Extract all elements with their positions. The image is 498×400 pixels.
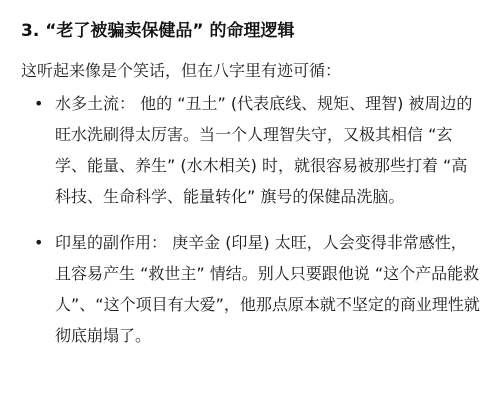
section-heading: 3. “老了被骗卖保健品” 的命理逻辑 bbox=[21, 18, 481, 44]
bullet-list: • 水多土流： 他的 “丑土” (代表底线、规矩、理智) 被周边的旺水洗刷得太厉… bbox=[21, 88, 481, 351]
intro-paragraph: 这听起来像是个笑话，但在八字里有迹可循： bbox=[21, 56, 481, 86]
bullet-icon: • bbox=[34, 88, 43, 119]
bullet-icon: • bbox=[34, 227, 43, 258]
item-label: 印星的副作用： bbox=[55, 233, 167, 252]
item-label: 水多土流： bbox=[55, 94, 135, 113]
document-body: 3. “老了被骗卖保健品” 的命理逻辑 这听起来像是个笑话，但在八字里有迹可循：… bbox=[21, 18, 481, 366]
list-item: • 印星的副作用： 庚辛金 (印星) 太旺，人会变得非常感性，且容易产生 “救世… bbox=[21, 227, 481, 351]
list-item: • 水多土流： 他的 “丑土” (代表底线、规矩、理智) 被周边的旺水洗刷得太厉… bbox=[21, 88, 481, 212]
